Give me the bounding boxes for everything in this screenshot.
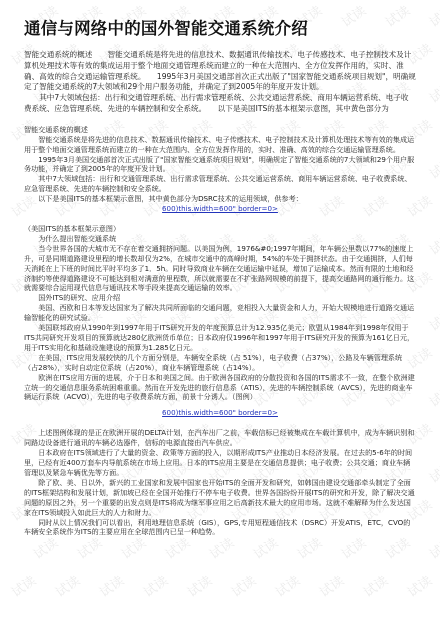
paragraph-7-areas: 其中7大领域包括：出行和交通管理系统、出行需求管理系统、公共交通运营系统、商用车… [24, 174, 416, 194]
paragraph-usa: 在美国，ITS应用发展较快的几个方面分别是，车辆安全系统（占 51%），电子收费… [24, 353, 416, 373]
heading-overview: 智能交通系统的概述 [24, 125, 416, 135]
paragraph-other-countries: 除了欧、美、日以外，新兴的工业国家和发展中国家也开始ITS的全面开发和研究，如韩… [24, 478, 416, 518]
watermark-text: 试读 [139, 570, 171, 600]
intro-summary: 智能交通系统的概述 智能交通系统是将先进的信息技术、数据通讯传输技术、电子传感技… [24, 50, 416, 115]
caption-framework: （美国ITS的基本框架示意图） [24, 224, 416, 234]
intro-paragraph-2: 其中7大领域包括：出行和交通管理系统、出行需求管理系统、公共交通运营系统、商用车… [24, 93, 416, 115]
intro-paragraph-1: 智能交通系统的概述 智能交通系统是将先进的信息技术、数据通讯传输技术、电子传感技… [24, 50, 416, 93]
image-link-framework[interactable]: 600)this.width=600" border=0> [24, 204, 416, 214]
paragraph-conclusion: 同时从以上情况我们可以看出，利用地理信息系统（GIS），GPS,专用短程通信技术… [24, 518, 416, 538]
watermark-text: 试读 [95, 570, 127, 600]
paragraph-europe: 欧洲在ITS应用方面的进展，介于日本和美国之间。由于欧洲各国政府的分散投资和各国… [24, 373, 416, 403]
paragraph-1995-plan: 1995年3月美国交通部首次正式出版了"国家智能交通系统项目规划"，明确规定了智… [24, 155, 416, 175]
paragraph-overview: 智能交通系统是将先进的信息技术、数据通讯传输技术、电子传感技术、电子控制技术及计… [24, 135, 416, 155]
watermark-text: 试读 [227, 570, 259, 600]
paragraph-japan: 日本政府在ITS领域进行了大量的资金、政策等方面的投入，以期形成ITS产业推动日… [24, 448, 416, 478]
image-link-delta[interactable]: 600)this.width=600" border=0> [24, 408, 416, 418]
paragraph-delta: 上述图例体现的是正在欧洲开展的DELTA计划，在汽车出厂之前，车载信标已经被集成… [24, 428, 416, 448]
watermark-text: 试读 [403, 570, 435, 600]
watermark-text: 试读 [315, 570, 347, 600]
paragraph-framework: 以下是美国ITS的基本框架示意图，其中黄色部分为DSRC技术的运用领域，供参考： [24, 194, 416, 204]
heading-why-its: 为什么提出智能交通系统 [24, 234, 416, 244]
watermark-text: 试读 [271, 570, 303, 600]
paragraph-international: 美国、西欧和日本等发达国家为了解决共同所面临的交通问题，竞相投入大量资金和人力，… [24, 303, 416, 323]
document-page: 通信与网络中的国外智能交通系统介绍 智能交通系统的概述 智能交通系统是将先进的信… [0, 0, 440, 537]
watermark-text: 试读 [7, 570, 39, 600]
page-title: 通信与网络中的国外智能交通系统介绍 [24, 0, 416, 40]
paragraph-budget: 美国联邦政府从1990年到1997年用于ITS研究开发的年度预算总计为12.93… [24, 323, 416, 353]
watermark-text: 试读 [51, 570, 83, 600]
watermark-text: 试读 [183, 570, 215, 600]
document-body: 智能交通系统的概述 智能交通系统是将先进的信息技术、数据通讯传输技术、电子传感技… [24, 125, 416, 538]
paragraph-why-its: 当今世界各国的大城市无不存在着交通拥挤问题。以美国为例，1976&#0;1997… [24, 244, 416, 294]
heading-international: 国外ITS的研究、应用介绍 [24, 293, 416, 303]
watermark-text: 试读 [359, 570, 391, 600]
